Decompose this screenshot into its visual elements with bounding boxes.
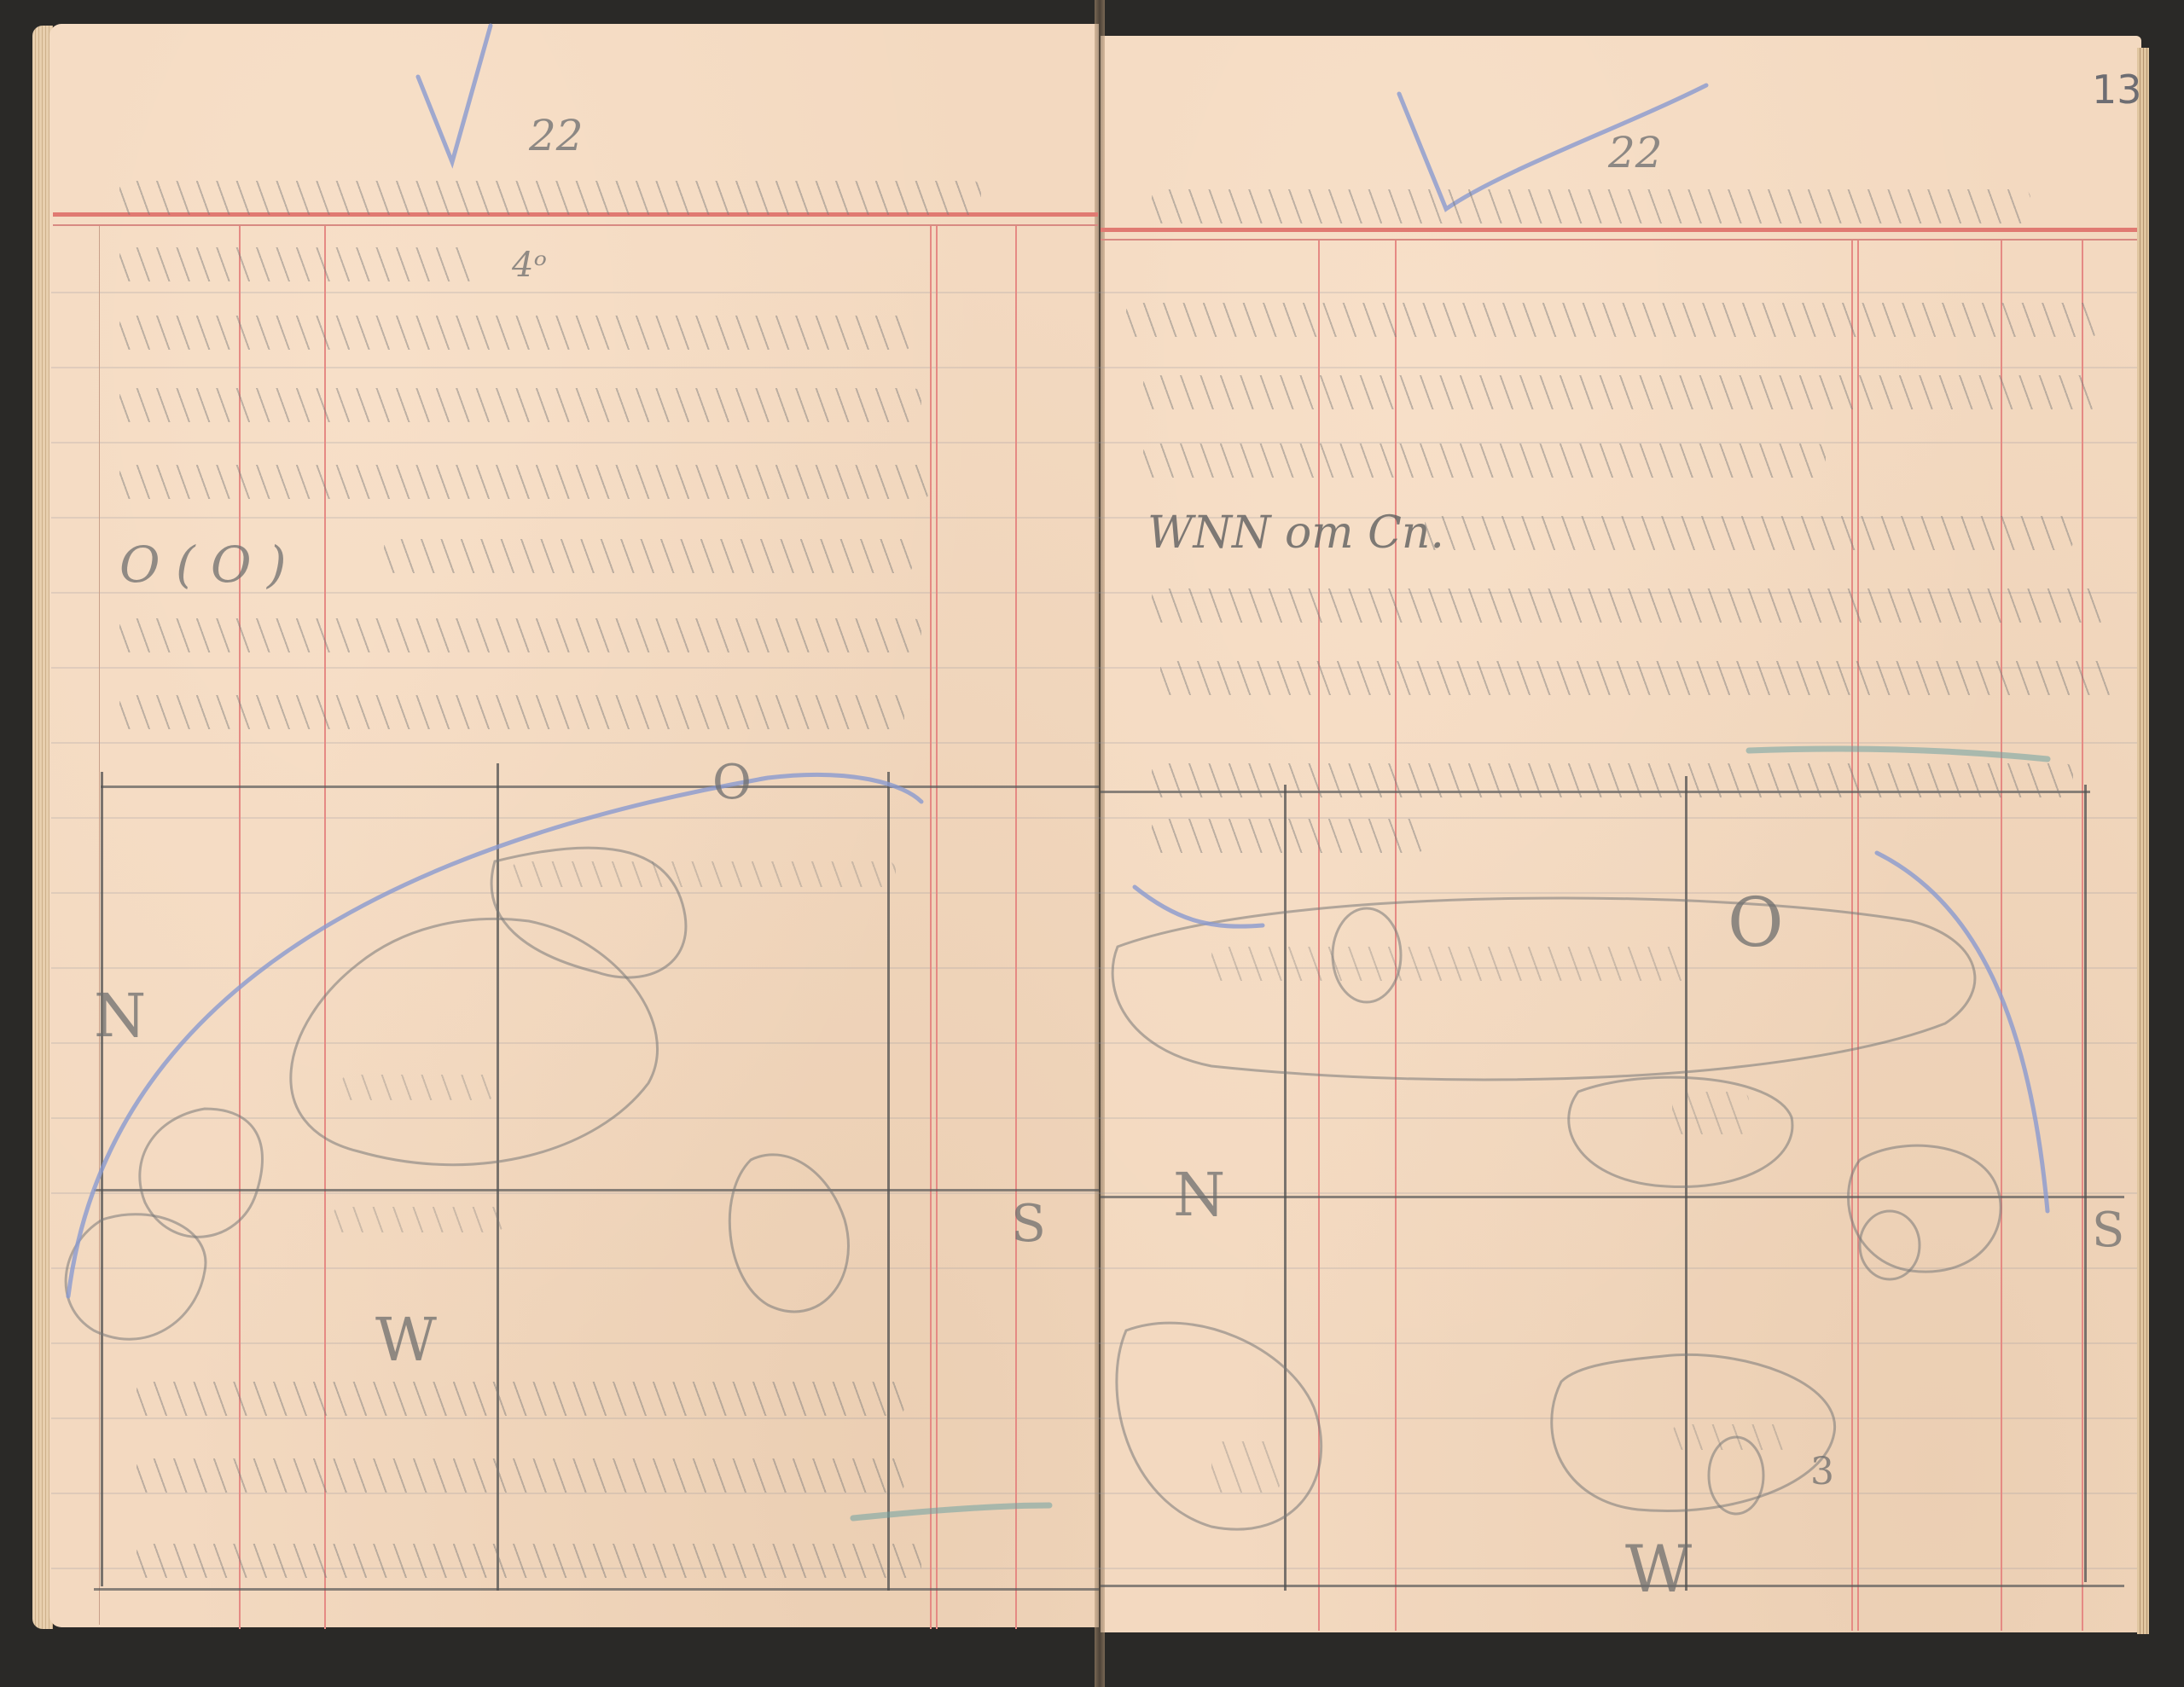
handwriting-line-lf1 — [136, 1382, 904, 1416]
handwriting-line-r8 — [1152, 763, 2073, 797]
handwriting-line-r5 — [1425, 516, 2073, 550]
handwriting-line-r3 — [1143, 375, 2099, 409]
page-number: 13 — [2092, 67, 2142, 113]
handwriting-line-r7 — [1160, 661, 2116, 695]
handwriting-fragment-r5: WNN от Сп. — [1147, 507, 1444, 559]
handwriting-fragment-l6: O ( O ) — [119, 536, 287, 594]
handwriting-line-r9 — [1152, 819, 1425, 853]
handwriting-line-l3 — [119, 316, 913, 350]
handwriting-line-r4 — [1143, 443, 1826, 478]
notebook-spread: 22 4ᵒ O ( O ) N S W O 13 22 WNN от Сп. — [0, 0, 2184, 1687]
handwriting-line-l5 — [119, 465, 930, 499]
map-label-scribble-r1 — [1211, 947, 1689, 981]
handwriting-line-r1 — [1152, 189, 2030, 223]
handwriting-line-l1 — [119, 181, 981, 215]
map-label-scribble-r3 — [1672, 1424, 1792, 1450]
handwriting-line-r6 — [1152, 588, 2107, 623]
circled-number-left: O — [712, 755, 752, 810]
compass-west-left: W — [375, 1305, 437, 1375]
check-mark-right-label: 22 — [1608, 128, 1663, 177]
check-mark-left-label: 22 — [529, 111, 584, 160]
map-label-scribble-1 — [512, 861, 896, 887]
compass-south-left: S — [1011, 1194, 1046, 1254]
handwriting-line-l2 — [119, 247, 478, 281]
compass-north-left: N — [94, 981, 146, 1051]
circled-number-right-3: 3 — [1810, 1450, 1834, 1493]
map-label-scribble-r2 — [1672, 1092, 1749, 1134]
handwriting-line-l7 — [119, 618, 921, 652]
map-label-scribble-3 — [333, 1207, 503, 1232]
handwriting-line-lf3 — [136, 1544, 921, 1578]
circled-number-right-o: O — [1728, 883, 1784, 962]
map-label-scribble-2 — [341, 1075, 495, 1100]
compass-west-right: W — [1625, 1531, 1692, 1607]
compass-north-right: N — [1173, 1160, 1225, 1230]
map-label-scribble-r4 — [1211, 1441, 1280, 1493]
handwriting-line-lf2 — [136, 1458, 904, 1493]
handwriting-line-l8 — [119, 695, 904, 729]
handwriting-fragment-l2: 4ᵒ — [512, 246, 547, 285]
handwriting-line-l4 — [119, 388, 921, 422]
compass-south-right: S — [2092, 1203, 2124, 1258]
handwriting-line-r2 — [1126, 303, 2099, 337]
handwriting-line-l6 — [384, 539, 913, 573]
